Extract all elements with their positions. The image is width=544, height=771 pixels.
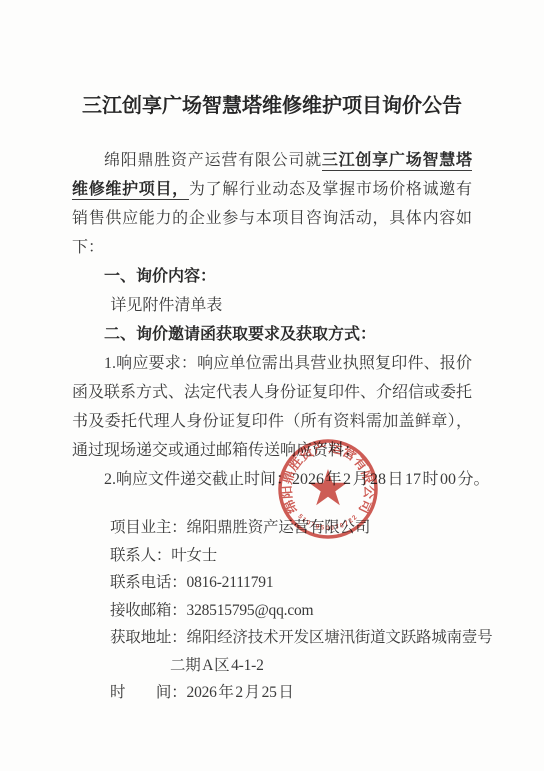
intro-paragraph: 绵阳鼎胜资产运营有限公司就三江创享广场智慧塔维修维护项目，为了解行业动态及掌握市… bbox=[72, 146, 472, 262]
section1-body: 详见附件清单表 bbox=[72, 291, 472, 320]
contact-value: 绵阳经济技术开发区塘汛街道文跃路城南壹号 bbox=[187, 629, 493, 646]
contact-label: 联系人： bbox=[110, 547, 171, 564]
contact-row-email: 接收邮箱：328515795@qq.com bbox=[110, 597, 472, 625]
section2-heading: 二、询价邀请函获取要求及获取方式： bbox=[72, 320, 472, 349]
contact-label: 接收邮箱： bbox=[110, 602, 187, 619]
document-content: 三江创享广场智慧塔维修维护项目询价公告 绵阳鼎胜资产运营有限公司就三江创享广场智… bbox=[72, 0, 472, 707]
contact-label: 项目业主： bbox=[110, 519, 187, 536]
contact-label: 时 间： bbox=[110, 684, 187, 701]
contact-label: 联系电话： bbox=[110, 574, 187, 591]
company-seal: 绵阳鼎胜资产运营有限公司 5107950070722 bbox=[266, 427, 390, 551]
contact-label: 获取地址： bbox=[110, 629, 187, 646]
contact-value: 二期 A 区 4-1-2 bbox=[170, 657, 264, 674]
contact-value: 0816-2111791 bbox=[187, 574, 274, 591]
contact-value: 叶女士 bbox=[171, 547, 217, 564]
contact-value: 328515795@qq.com bbox=[187, 602, 314, 619]
contact-value: 2026 年 2 月 25 日 bbox=[187, 684, 294, 701]
contact-row-date: 时 间：2026 年 2 月 25 日 bbox=[110, 679, 472, 707]
seal-number-text: 5107950070722 bbox=[296, 513, 359, 532]
contact-row-address: 获取地址：绵阳经济技术开发区塘汛街道文跃路城南壹号 bbox=[110, 624, 472, 652]
page-title: 三江创享广场智慧塔维修维护项目询价公告 bbox=[72, 90, 472, 122]
contact-row-address-cont: 二期 A 区 4-1-2 bbox=[110, 652, 472, 680]
section1-heading: 一、询价内容： bbox=[72, 262, 472, 291]
document-page: 三江创享广场智慧塔维修维护项目询价公告 绵阳鼎胜资产运营有限公司就三江创享广场智… bbox=[0, 0, 544, 771]
intro-prefix: 绵阳鼎胜资产运营有限公司就 bbox=[104, 152, 322, 169]
seal-star-icon bbox=[309, 469, 347, 505]
contact-row-phone: 联系电话：0816-2111791 bbox=[110, 569, 472, 597]
